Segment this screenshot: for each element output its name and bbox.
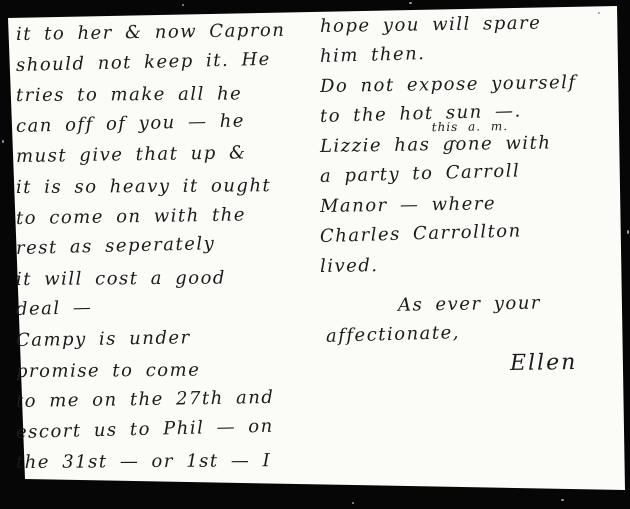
scan-noise-speck bbox=[561, 499, 564, 501]
letter-line: the 31st — or 1st — I bbox=[16, 446, 312, 479]
letter-line: Campy is under bbox=[16, 321, 312, 356]
scan-noise-speck bbox=[627, 230, 629, 234]
letter-line: deal — bbox=[16, 288, 313, 326]
letter-line: escort us to Phil — on bbox=[16, 410, 313, 448]
letter-closing: As ever your affectionate, Ellen bbox=[320, 292, 624, 382]
scan-noise-speck bbox=[409, 2, 412, 4]
scan-noise-speck bbox=[352, 502, 354, 504]
signature: Ellen bbox=[320, 347, 624, 382]
caret-mark: ^ bbox=[450, 139, 461, 150]
scan-noise-speck bbox=[182, 4, 184, 6]
letter-line: rest as seperately bbox=[16, 227, 313, 265]
letter-line: it is so heavy it ought bbox=[16, 171, 312, 204]
letter-left-column: it to her & now Capron should not keep i… bbox=[16, 20, 312, 479]
inserted-text: this a. m. bbox=[432, 120, 509, 133]
letter-line: must give that up & bbox=[16, 138, 312, 173]
letter-line: should not keep it. He bbox=[16, 43, 313, 81]
letter-right-column: hope you will spare him then. Do not exp… bbox=[320, 12, 624, 382]
letter-line-text: Lizzie has gone with bbox=[320, 132, 552, 157]
scan-noise-speck bbox=[2, 140, 4, 143]
letter-line: lived. bbox=[320, 247, 624, 282]
letter-line: can off of you — he bbox=[16, 105, 313, 143]
